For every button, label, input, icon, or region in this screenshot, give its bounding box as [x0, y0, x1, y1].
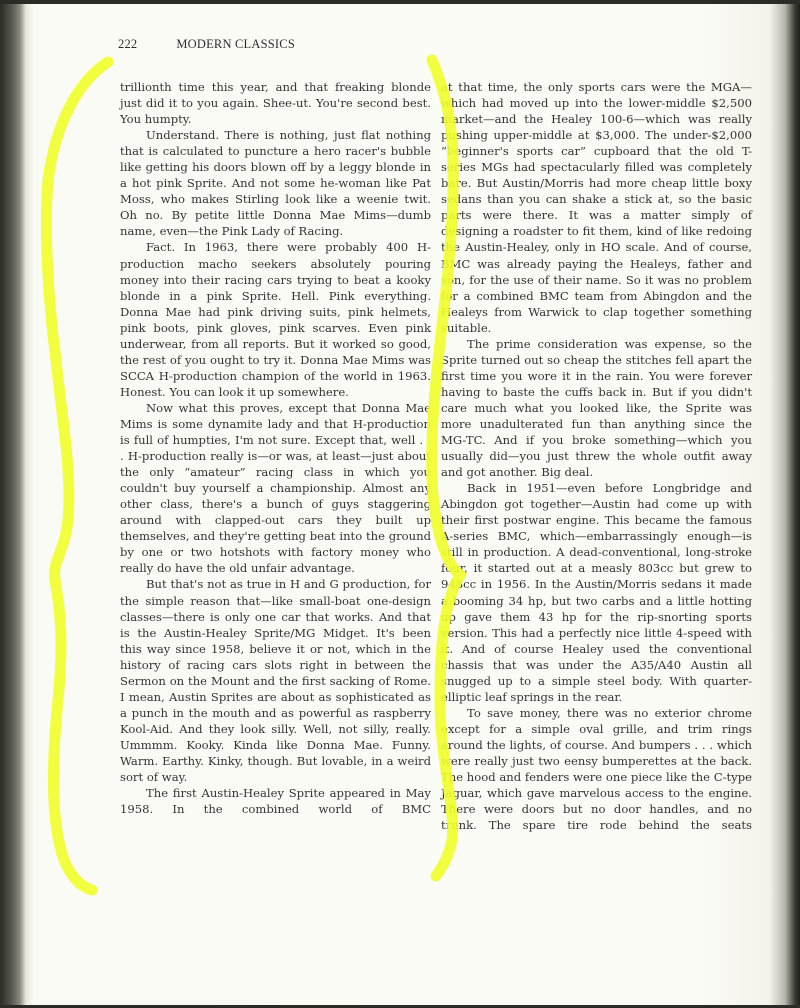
- paragraph: at that time, the only sports cars were …: [441, 79, 752, 336]
- running-header: 222 MODERN CLASSICS: [118, 37, 295, 52]
- paragraph: The prime consideration was expense, so …: [441, 336, 752, 480]
- page-number: 222: [118, 37, 173, 52]
- paragraph: To save money, there was no exterior chr…: [441, 705, 752, 833]
- page-top-edge: [0, 0, 800, 4]
- paragraph: Fact. In 1963, there were probably 400 H…: [120, 239, 431, 399]
- paragraph: Understand. There is nothing, just flat …: [120, 127, 431, 239]
- left-column: trillionth time this year, and that frea…: [120, 79, 431, 817]
- paragraph: The first Austin-Healey Sprite appeared …: [120, 785, 431, 817]
- book-page: 222 MODERN CLASSICS trillionth time this…: [0, 0, 800, 1008]
- left-margin-highlight-curve: [46, 62, 108, 890]
- right-column: at that time, the only sports cars were …: [441, 79, 752, 833]
- paragraph: Back in 1951—even before Longbridge and …: [441, 480, 752, 705]
- paragraph: But that's not as true in H and G produc…: [120, 576, 431, 785]
- paragraph: Now what this proves, except that Donna …: [120, 400, 431, 577]
- running-title: MODERN CLASSICS: [176, 37, 295, 51]
- paragraph: trillionth time this year, and that frea…: [120, 79, 431, 127]
